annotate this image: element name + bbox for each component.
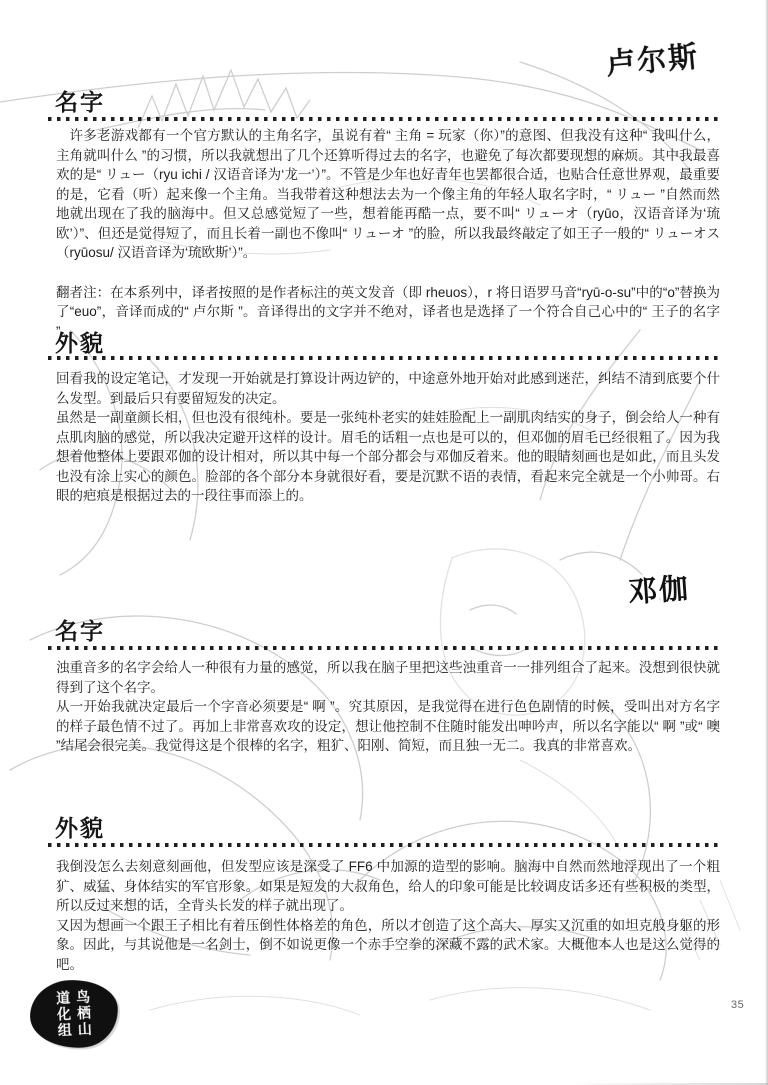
paragraph: 从一开始我就决定最后一个字音必须要是“ 啊 ”。究其原因，是我觉得在进行色色剧情…	[56, 697, 720, 756]
dotted-divider	[48, 843, 722, 847]
text-block-appearance-2: 我倒没怎么去刻意刻画他，但发型应该是深受了 FF6 中加源的造型的影响。脑海中自…	[56, 857, 720, 974]
paragraph: 许多老游戏都有一个官方默认的主角名字，虽说有着“ 主角 = 玩家（你）”的意图、…	[56, 126, 720, 263]
translator-group-stamp: 鸟栖山 道化组	[28, 978, 119, 1051]
dotted-divider	[48, 117, 722, 121]
character-title-rheuos: 卢尔斯	[604, 34, 700, 83]
paragraph: 虽然是一副童颜长相，但也没有很纯朴。要是一张纯朴老实的娃娃脸配上一副肌肉结实的身…	[56, 408, 720, 506]
stamp-text-column-1: 鸟栖山	[76, 989, 92, 1038]
page-number: 35	[731, 999, 744, 1011]
section-heading-name-2: 名字	[55, 613, 105, 646]
paragraph: 回看我的设定笔记，才发现一开始就是打算设计两边铲的，中途意外地开始对此感到迷茫，…	[56, 369, 720, 408]
section-heading-appearance-1: 外貌	[55, 325, 105, 358]
paragraph: 又因为想画一个跟王子相比有着压倒性体格差的角色，所以才创造了这个高大、厚实又沉重…	[56, 916, 720, 975]
section-heading-appearance-2: 外貌	[55, 810, 105, 843]
dotted-divider	[48, 356, 722, 360]
stamp-text-column-2: 道化组	[56, 990, 72, 1039]
document-page: 卢尔斯 名字 许多老游戏都有一个官方默认的主角名字，虽说有着“ 主角 = 玩家（…	[0, 0, 768, 1085]
character-title-danga: 邓伽	[627, 566, 692, 611]
paragraph: 我倒没怎么去刻意刻画他，但发型应该是深受了 FF6 中加源的造型的影响。脑海中自…	[56, 857, 720, 916]
dotted-divider	[48, 646, 722, 650]
section-heading-name-1: 名字	[55, 84, 105, 117]
translator-note: 翻者注：在本系列中，译者按照的是作者标注的英文发音（即 rheuos），r 将日…	[56, 283, 720, 342]
paragraph: 浊重音多的名字会给人一种很有力量的感觉，所以我在脑子里把这些浊重音一一排列组合了…	[56, 658, 720, 697]
text-block-name-1: 许多老游戏都有一个官方默认的主角名字，虽说有着“ 主角 = 玩家（你）”的意图、…	[56, 126, 720, 341]
text-block-appearance-1: 回看我的设定笔记，才发现一开始就是打算设计两边铲的，中途意外地开始对此感到迷茫，…	[56, 369, 720, 506]
text-block-name-2: 浊重音多的名字会给人一种很有力量的感觉，所以我在脑子里把这些浊重音一一排列组合了…	[56, 658, 720, 756]
